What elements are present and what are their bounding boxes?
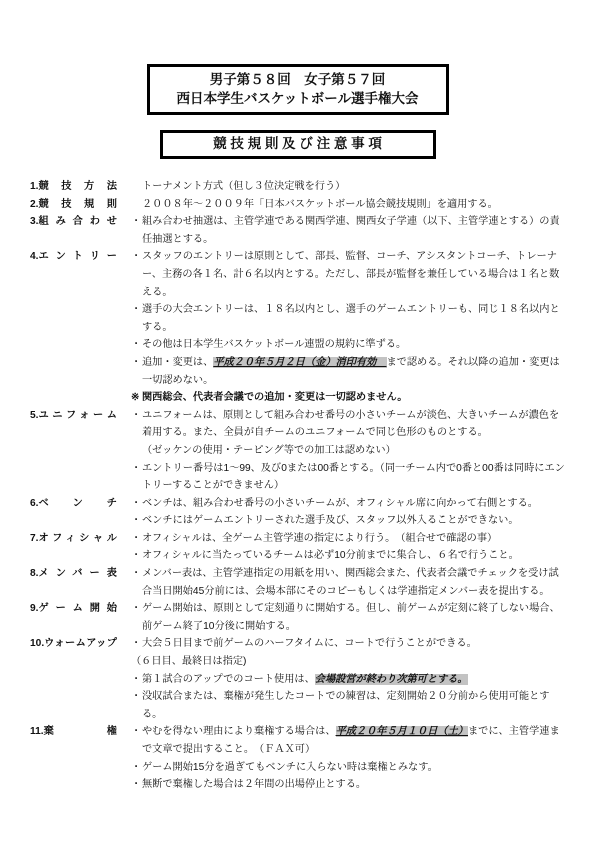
text-run: ユニフォームは、原則として組み合わせ番号の小さいチームが淡色、大きいチームが濃色…: [142, 410, 559, 439]
section-row: 9.ゲーム開始・ゲーム開始は、原則として定刻通りに開始する。但し、前ゲームが定刻…: [30, 600, 567, 635]
section-items: ・組み合わせ抽選は、主管学連である関西学連、関西女子学連（以下、主管学連とする）…: [131, 213, 567, 248]
section-heading: 4.エントリー: [30, 248, 131, 266]
section-number: 5.: [30, 407, 39, 425]
section-heading: 3.組み合わせ: [30, 213, 131, 231]
bullet-marker: ・: [131, 354, 142, 389]
doc-item: ・ベンチにはゲームエントリーされた選手及び、スタッフ以外入ることができない。: [131, 512, 567, 530]
bullet-marker: ・: [131, 759, 142, 777]
item-text: （６日目、最終日は指定): [131, 656, 246, 667]
doc-item: ・大会５日目まで前ゲームのハーフタイムに、コートで行うことができる。: [131, 635, 567, 653]
document-page: 男子第５８回 女子第５７回 西日本学生バスケットボール選手権大会 競 技 規 則…: [0, 0, 595, 842]
item-text: （ゼッケンの使用・テーピング等での加工は認めない）: [142, 442, 567, 460]
section-heading: 1.競技方法: [30, 178, 131, 196]
doc-item: ・ゲーム開始15分を過ぎてもベンチに入らない時は棄権とみなす。: [131, 759, 567, 777]
item-text: ベンチは、組み合わせ番号の小さいチームが、オフィシャル席に向かって右側とする。: [142, 495, 567, 513]
item-text: メンバー表は、主管学連指定の用紙を用い、関西総会また、代表者会議でチェックを受け…: [142, 565, 567, 600]
tournament-title-line-1: 男子第５８回 女子第５７回: [152, 70, 444, 89]
section-number: 4.: [30, 248, 39, 266]
section-row: 3.組み合わせ・組み合わせ抽選は、主管学連である関西学連、関西女子学連（以下、主…: [30, 213, 567, 248]
item-text: 第１試合のアップでのコート使用は、会場設営が終わり次第可とする。: [142, 671, 567, 689]
bullet-spacer: [131, 178, 142, 196]
doc-item: ・没収試合または、棄権が発生したコートでの練習は、定刻開始２０分前から使用可能と…: [131, 688, 567, 723]
bullet-marker: ・: [131, 213, 142, 248]
doc-item: ・やむを得ない理由により棄権する場合は、平成２０年５月１０日（土）までに、主管学…: [131, 723, 567, 758]
bullet-marker: ・: [131, 776, 142, 794]
doc-item: ・無断で棄権した場合は２年間の出場停止とする。: [131, 776, 567, 794]
section-items: ・大会５日目まで前ゲームのハーフタイムに、コートで行うことができる。（６日目、最…: [131, 635, 567, 723]
text-run: オフィシャルは、全ゲーム主管学連の指定により行う。 （組合せで確認の事）: [142, 533, 497, 544]
doc-item: （ゼッケンの使用・テーピング等での加工は認めない）: [131, 442, 567, 460]
text-run: やむを得ない理由により棄権する場合は、: [142, 726, 336, 737]
text-run: スタッフのエントリーは原則として、部長、監督、コーチ、アシスタントコーチ、トレー…: [142, 251, 559, 297]
section-items: ・オフィシャルは、全ゲーム主管学連の指定により行う。 （組合せで確認の事）・オフ…: [131, 530, 567, 565]
doc-item: ・組み合わせ抽選は、主管学連である関西学連、関西女子学連（以下、主管学連とする）…: [131, 213, 567, 248]
text-run: オフィシャルに当たっているチームは必ず10分前までに集合し、６名で行うこと。: [142, 550, 519, 561]
doc-item: ２００８年～２００９年「日本バスケットボール協会競技規則」を適用する。: [131, 196, 567, 214]
section-label: ベンチ: [39, 495, 132, 513]
bullet-marker: ・: [131, 248, 142, 301]
item-text: オフィシャルに当たっているチームは必ず10分前までに集合し、６名で行うこと。: [142, 547, 567, 565]
section-label: ウォームアップ: [44, 635, 131, 653]
section-row: 5.ユニフォーム・ユニフォームは、原則として組み合わせ番号の小さいチームが淡色、…: [30, 407, 567, 495]
item-text: 没収試合または、棄権が発生したコートでの練習は、定刻開始２０分前から使用可能とす…: [142, 688, 567, 723]
text-run: 組み合わせ抽選は、主管学連である関西学連、関西女子学連（以下、主管学連とする）の…: [142, 216, 560, 245]
section-label: オフィシャル: [39, 530, 132, 548]
item-text: ベンチにはゲームエントリーされた選手及び、スタッフ以外入ることができない。: [142, 512, 567, 530]
section-heading: 2.競技規則: [30, 196, 131, 214]
text-run: エントリー番号は1～99、及び0または00番とする。（同一チーム内で0番と00番…: [142, 463, 565, 492]
doc-item: ・ゲーム開始は、原則として定刻通りに開始する。但し、前ゲームが定刻に終了しない場…: [131, 600, 567, 635]
text-run: 関西総会、代表者会議での追加・変更は一切認めません。: [142, 392, 407, 403]
section-row: 11.棄権・やむを得ない理由により棄権する場合は、平成２０年５月１０日（土）まで…: [30, 723, 567, 793]
section-label: 競技方法: [39, 178, 132, 196]
tournament-title-box: 男子第５８回 女子第５７回 西日本学生バスケットボール選手権大会: [147, 64, 449, 115]
text-run: 追加・変更は、: [142, 357, 213, 368]
item-text: 選手の大会エントリーは、１８名以内とし、選手のゲームエントリーも、同じ１８名以内…: [142, 301, 567, 336]
bullet-marker: ・: [131, 407, 142, 442]
item-text: スタッフのエントリーは原則として、部長、監督、コーチ、アシスタントコーチ、トレー…: [142, 248, 567, 301]
section-label: エントリー: [39, 248, 132, 266]
text-run: 大会５日目まで前ゲームのハーフタイムに、コートで行うことができる。: [142, 638, 477, 649]
doc-item: ・第１試合のアップでのコート使用は、会場設営が終わり次第可とする。: [131, 671, 567, 689]
section-label: 組み合わせ: [39, 213, 132, 231]
item-text: ユニフォームは、原則として組み合わせ番号の小さいチームが淡色、大きいチームが濃色…: [142, 407, 567, 442]
highlighted-run: 平成２０年５月２日（金）消印有効: [213, 357, 386, 368]
doc-item: ・ベンチは、組み合わせ番号の小さいチームが、オフィシャル席に向かって右側とする。: [131, 495, 567, 513]
section-heading: 9.ゲーム開始: [30, 600, 131, 618]
bullet-marker: ・: [131, 600, 142, 635]
section-label: ユニフォーム: [39, 407, 132, 425]
section-label: 競技規則: [39, 196, 132, 214]
text-run: （ゼッケンの使用・テーピング等での加工は認めない）: [142, 445, 396, 456]
text-run: （６日目、最終日は指定): [131, 656, 246, 667]
item-text: やむを得ない理由により棄権する場合は、平成２０年５月１０日（土）までに、主管学連…: [142, 723, 567, 758]
doc-item: ・オフィシャルに当たっているチームは必ず10分前までに集合し、６名で行うこと。: [131, 547, 567, 565]
section-heading: 10.ウォームアップ: [30, 635, 131, 653]
section-row: 10.ウォームアップ・大会５日目まで前ゲームのハーフタイムに、コートで行うことが…: [30, 635, 567, 723]
highlighted-run: 会場設営が終わり次第可とする。: [315, 674, 468, 685]
doc-item: ・追加・変更は、平成２０年５月２日（金）消印有効 まで認める。それ以降の追加・変…: [131, 354, 567, 389]
text-run: 第１試合のアップでのコート使用は、: [142, 674, 315, 685]
note-marker: ※: [131, 389, 142, 407]
text-run: 没収試合または、棄権が発生したコートでの練習は、定刻開始２０分前から使用可能とす…: [142, 691, 550, 720]
bullet-marker: ・: [131, 547, 142, 565]
doc-item: ・選手の大会エントリーは、１８名以内とし、選手のゲームエントリーも、同じ１８名以…: [131, 301, 567, 336]
bullet-marker: ・: [131, 301, 142, 336]
bullet-marker: ・: [131, 671, 142, 689]
text-run: 無断で棄権した場合は２年間の出場停止とする。: [142, 779, 366, 790]
text-run: メンバー表は、主管学連指定の用紙を用い、関西総会また、代表者会議でチェックを受け…: [142, 568, 559, 597]
section-row: 2.競技規則２００８年～２００９年「日本バスケットボール協会競技規則」を適用する…: [30, 196, 567, 214]
section-number: 7.: [30, 530, 39, 548]
item-text: 大会５日目まで前ゲームのハーフタイムに、コートで行うことができる。: [142, 635, 567, 653]
section-row: 4.エントリー・スタッフのエントリーは原則として、部長、監督、コーチ、アシスタン…: [30, 248, 567, 406]
section-number: 1.: [30, 178, 39, 196]
section-items: ・ユニフォームは、原則として組み合わせ番号の小さいチームが淡色、大きいチームが濃…: [131, 407, 567, 495]
section-items: トーナメント方式（但し３位決定戦を行う）: [131, 178, 567, 196]
doc-item: ・エントリー番号は1～99、及び0または00番とする。（同一チーム内で0番と00…: [131, 460, 567, 495]
bullet-marker: ・: [131, 565, 142, 600]
bullet-marker: ・: [131, 723, 142, 758]
rules-heading-text: 競 技 規 則 及 び 注 意 事 項: [163, 135, 433, 153]
item-text: ゲーム開始15分を過ぎてもベンチに入らない時は棄権とみなす。: [142, 759, 567, 777]
section-heading: 6.ベンチ: [30, 495, 131, 513]
text-run: ２００８年～２００９年「日本バスケットボール協会競技規則」を適用する。: [142, 199, 498, 210]
section-row: 7.オフィシャル・オフィシャルは、全ゲーム主管学連の指定により行う。 （組合せで…: [30, 530, 567, 565]
item-text: オフィシャルは、全ゲーム主管学連の指定により行う。 （組合せで確認の事）: [142, 530, 567, 548]
bullet-marker: ・: [131, 512, 142, 530]
doc-item: ・ユニフォームは、原則として組み合わせ番号の小さいチームが淡色、大きいチームが濃…: [131, 407, 567, 442]
text-run: その他は日本学生バスケットボール連盟の規約に準ずる。: [142, 339, 406, 350]
text-run: ベンチにはゲームエントリーされた選手及び、スタッフ以外入ることができない。: [142, 515, 519, 526]
rules-body: 1.競技方法トーナメント方式（但し３位決定戦を行う）2.競技規則２００８年～２０…: [30, 178, 567, 794]
section-label: ゲーム開始: [39, 600, 132, 618]
section-row: 6.ベンチ・ベンチは、組み合わせ番号の小さいチームが、オフィシャル席に向かって右…: [30, 495, 567, 530]
doc-item: ・その他は日本学生バスケットボール連盟の規約に準ずる。: [131, 336, 567, 354]
item-text: エントリー番号は1～99、及び0または00番とする。（同一チーム内で0番と00番…: [142, 460, 567, 495]
rules-heading-box: 競 技 規 則 及 び 注 意 事 項: [160, 130, 436, 159]
bullet-spacer: [131, 442, 142, 460]
text-run: 選手の大会エントリーは、１８名以内とし、選手のゲームエントリーも、同じ１８名以内…: [142, 304, 560, 333]
bullet-marker: ・: [131, 460, 142, 495]
bullet-marker: ・: [131, 495, 142, 513]
item-text: 関西総会、代表者会議での追加・変更は一切認めません。: [142, 389, 567, 407]
section-heading: 5.ユニフォーム: [30, 407, 131, 425]
doc-item: トーナメント方式（但し３位決定戦を行う）: [131, 178, 567, 196]
section-number: 10.: [30, 635, 44, 653]
item-text: トーナメント方式（但し３位決定戦を行う）: [142, 178, 567, 196]
section-label: 棄権: [44, 723, 131, 741]
item-text: 追加・変更は、平成２０年５月２日（金）消印有効 まで認める。それ以降の追加・変更…: [142, 354, 567, 389]
text-run: ゲーム開始は、原則として定刻通りに開始する。但し、前ゲームが定刻に終了しない場合…: [142, 603, 560, 632]
item-text: 無断で棄権した場合は２年間の出場停止とする。: [142, 776, 567, 794]
bullet-spacer: [131, 196, 142, 214]
bullet-marker: ・: [131, 530, 142, 548]
doc-item: ・メンバー表は、主管学連指定の用紙を用い、関西総会また、代表者会議でチェックを受…: [131, 565, 567, 600]
section-items: ・ベンチは、組み合わせ番号の小さいチームが、オフィシャル席に向かって右側とする。…: [131, 495, 567, 530]
section-items: ２００８年～２００９年「日本バスケットボール協会競技規則」を適用する。: [131, 196, 567, 214]
section-heading: 7.オフィシャル: [30, 530, 131, 548]
text-run: ベンチは、組み合わせ番号の小さいチームが、オフィシャル席に向かって右側とする。: [142, 498, 538, 509]
section-number: 2.: [30, 196, 39, 214]
section-items: ・メンバー表は、主管学連指定の用紙を用い、関西総会また、代表者会議でチェックを受…: [131, 565, 567, 600]
section-number: 3.: [30, 213, 39, 231]
section-items: ・ゲーム開始は、原則として定刻通りに開始する。但し、前ゲームが定刻に終了しない場…: [131, 600, 567, 635]
item-text: 組み合わせ抽選は、主管学連である関西学連、関西女子学連（以下、主管学連とする）の…: [142, 213, 567, 248]
bullet-marker: ・: [131, 635, 142, 653]
section-number: 6.: [30, 495, 39, 513]
text-run: ゲーム開始15分を過ぎてもベンチに入らない時は棄権とみなす。: [142, 762, 438, 773]
section-row: 8.メンバー表・メンバー表は、主管学連指定の用紙を用い、関西総会また、代表者会議…: [30, 565, 567, 600]
section-items: ・やむを得ない理由により棄権する場合は、平成２０年５月１０日（土）までに、主管学…: [131, 723, 567, 793]
section-items: ・スタッフのエントリーは原則として、部長、監督、コーチ、アシスタントコーチ、トレ…: [131, 248, 567, 406]
section-number: 9.: [30, 600, 39, 618]
bullet-marker: ・: [131, 336, 142, 354]
doc-item: ※関西総会、代表者会議での追加・変更は一切認めません。: [131, 389, 567, 407]
doc-item: （６日目、最終日は指定): [131, 653, 567, 671]
tournament-title-line-2: 西日本学生バスケットボール選手権大会: [152, 89, 444, 108]
section-label: メンバー表: [39, 565, 132, 583]
text-run: トーナメント方式（但し３位決定戦を行う）: [142, 181, 345, 192]
section-heading: 11.棄権: [30, 723, 131, 741]
section-number: 8.: [30, 565, 39, 583]
section-number: 11.: [30, 723, 44, 741]
doc-item: ・スタッフのエントリーは原則として、部長、監督、コーチ、アシスタントコーチ、トレ…: [131, 248, 567, 301]
bullet-marker: ・: [131, 688, 142, 723]
section-row: 1.競技方法トーナメント方式（但し３位決定戦を行う）: [30, 178, 567, 196]
highlighted-run: 平成２０年５月１０日（土）: [336, 726, 468, 737]
item-text: その他は日本学生バスケットボール連盟の規約に準ずる。: [142, 336, 567, 354]
section-heading: 8.メンバー表: [30, 565, 131, 583]
doc-item: ・オフィシャルは、全ゲーム主管学連の指定により行う。 （組合せで確認の事）: [131, 530, 567, 548]
item-text: ゲーム開始は、原則として定刻通りに開始する。但し、前ゲームが定刻に終了しない場合…: [142, 600, 567, 635]
item-text: ２００８年～２００９年「日本バスケットボール協会競技規則」を適用する。: [142, 196, 567, 214]
